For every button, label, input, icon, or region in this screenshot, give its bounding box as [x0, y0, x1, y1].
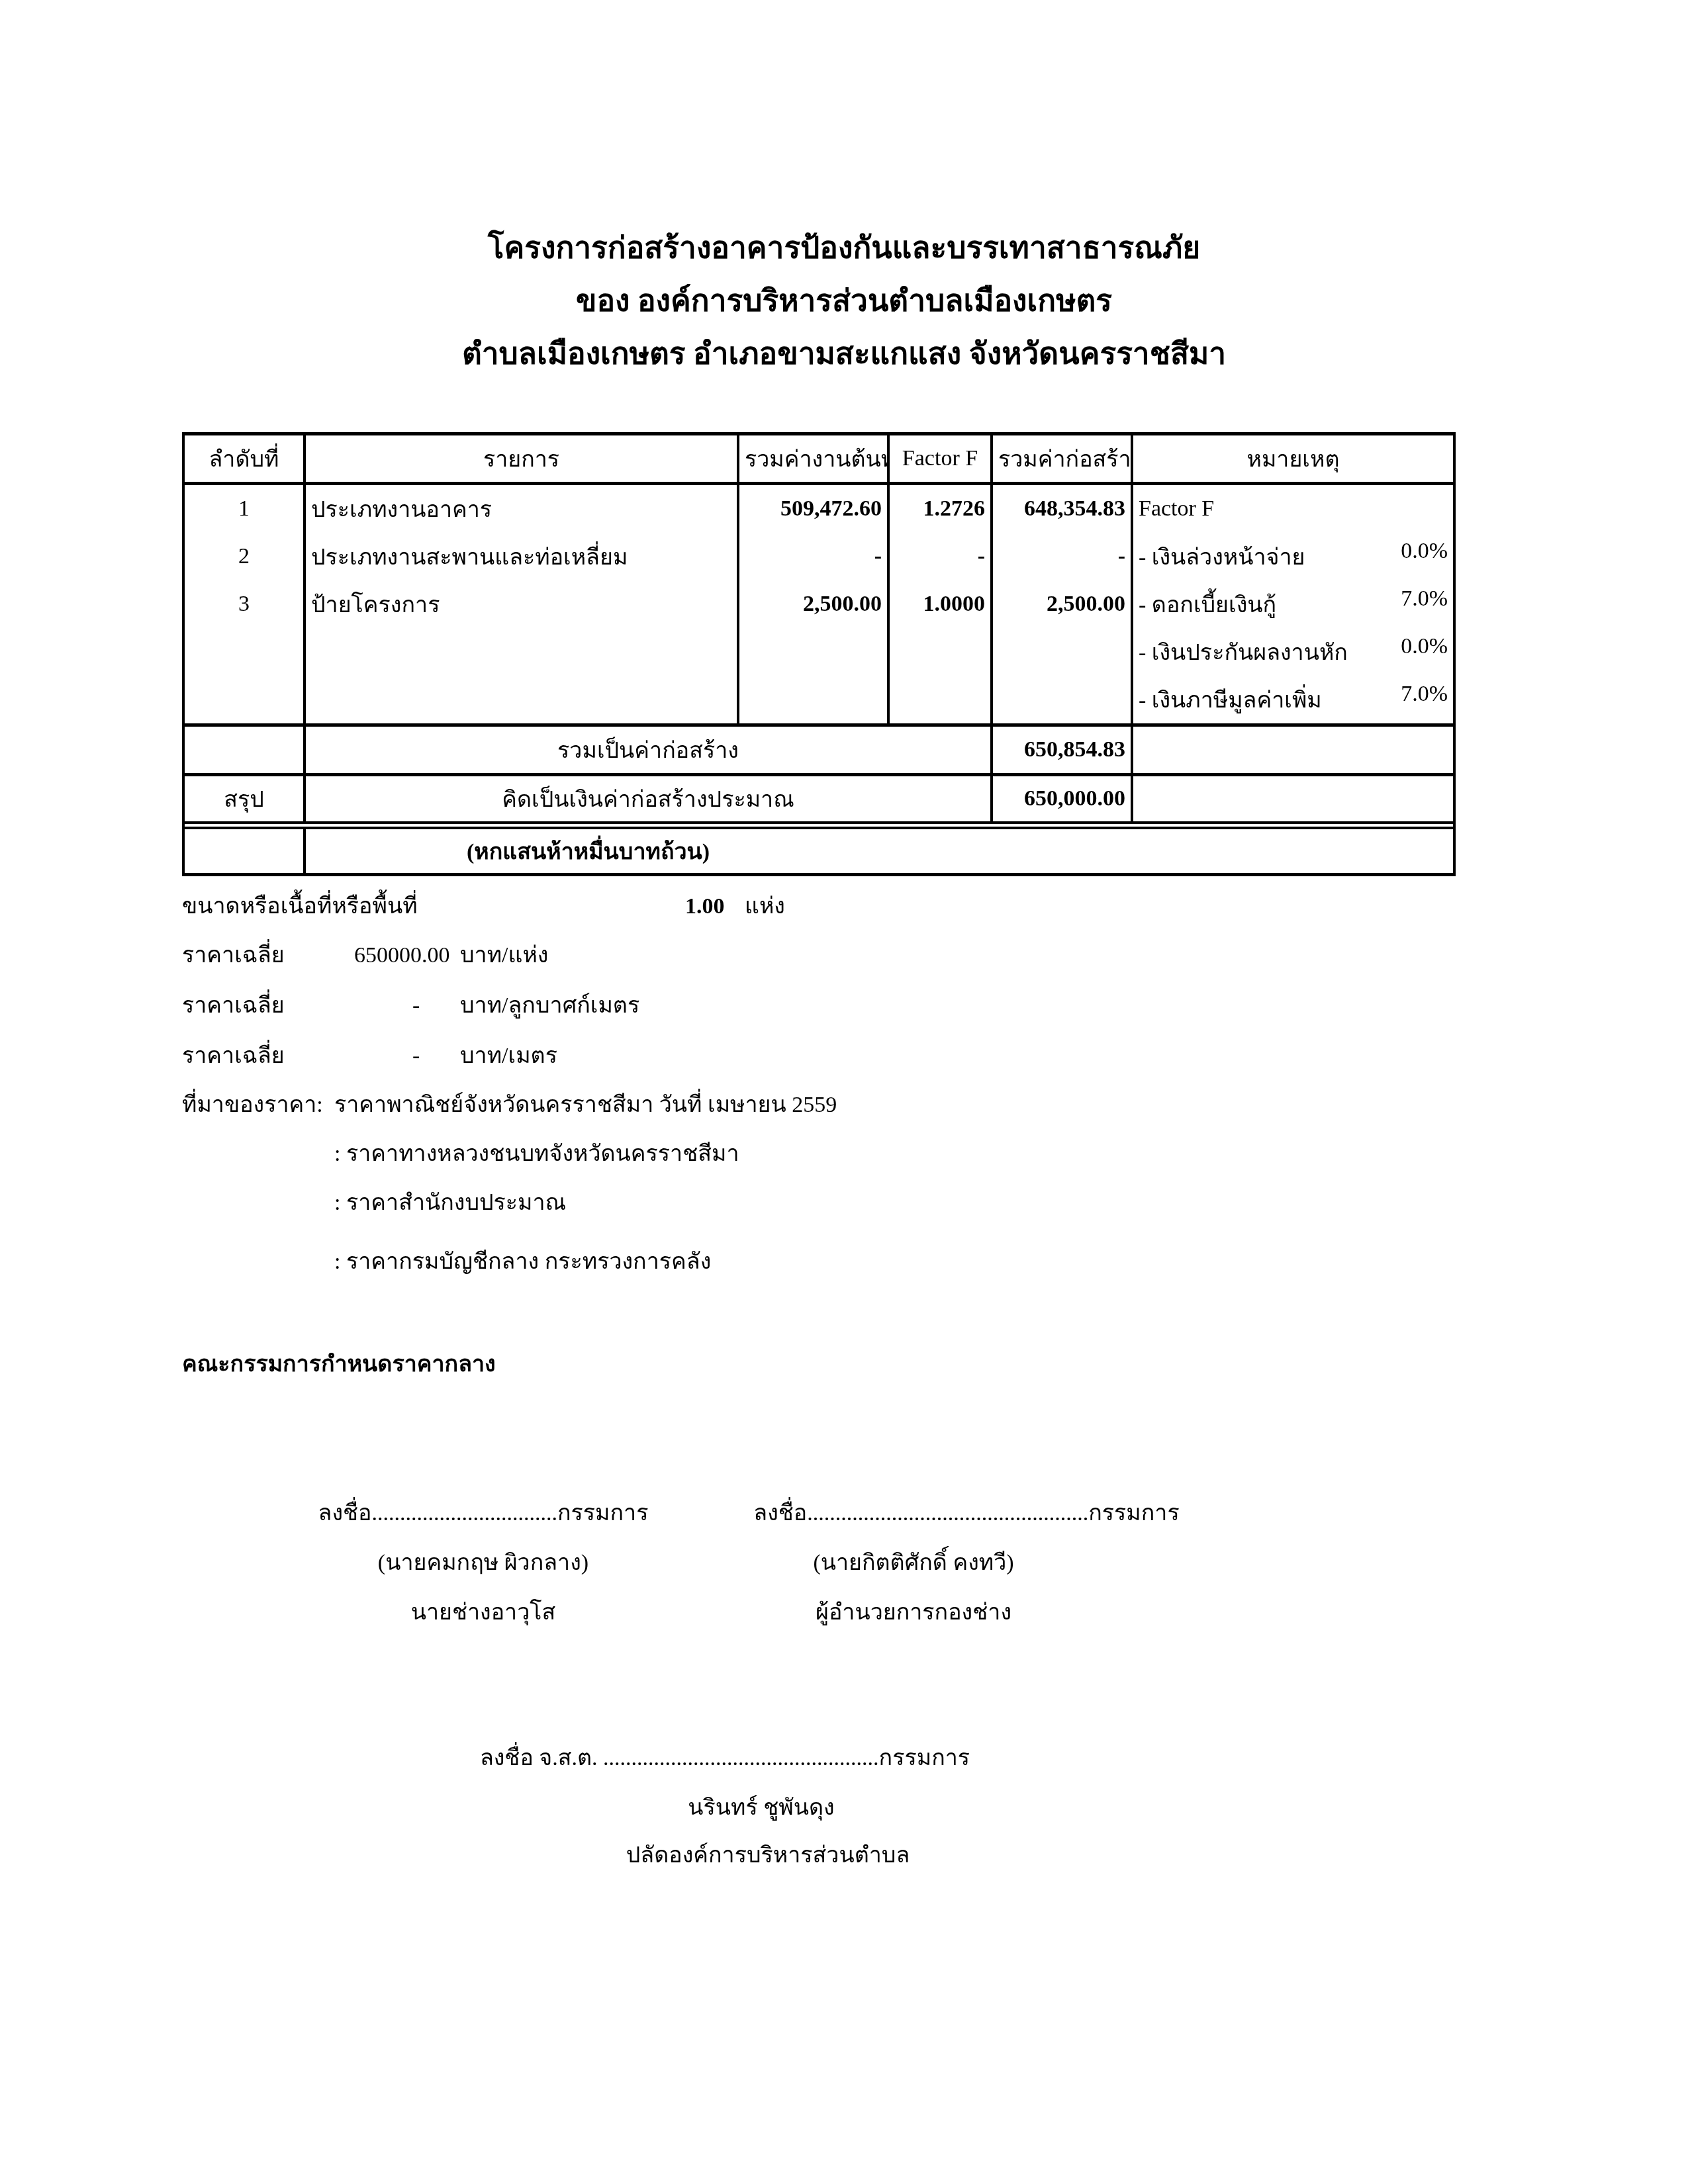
- signer-name: (นายกิตติศักดิ์ คงทวี): [735, 1549, 1092, 1578]
- table-row: - เงินภาษีมูลค่าเพิ่ม7.0%: [183, 676, 1454, 725]
- signature-line: ลงชื่อ จ.ส.ต. ..........................…: [450, 1744, 1000, 1773]
- avg-price-label: ราคาเฉลี่ย: [182, 991, 285, 1021]
- signer-position: นายช่างอาวุโส: [305, 1598, 662, 1627]
- row-total: [992, 628, 1132, 676]
- remark-value: 0.0%: [1401, 539, 1448, 574]
- row-total: [992, 676, 1132, 725]
- row-item: ประเภทงานอาคาร: [305, 484, 738, 533]
- row-factor: [888, 676, 992, 725]
- summary-desc: คิดเป็นเงินค่าก่อสร้างประมาณ: [305, 775, 992, 823]
- summary-label: สรุป: [183, 775, 305, 823]
- signature-line: ลงชื่อ.................................ก…: [305, 1499, 662, 1528]
- col-header-cost: รวมค่างานต้นทุน: [738, 434, 888, 484]
- remark-label: - เงินล่วงหน้าจ่าย: [1139, 539, 1305, 574]
- price-source: : ราคาทางหลวงชนบทจังหวัดนครราชสีมา: [334, 1140, 739, 1169]
- size-value: 1.00: [685, 892, 725, 921]
- col-header-total: รวมค่าก่อสร้าง: [992, 434, 1132, 484]
- remark-label: - เงินภาษีมูลค่าเพิ่ม: [1139, 682, 1322, 717]
- size-unit: แห่ง: [745, 892, 785, 921]
- remark-label: - เงินประกันผลงานหัก: [1139, 634, 1348, 670]
- row-factor: [888, 628, 992, 676]
- avg-price-unit: บาท/ลูกบาศก์เมตร: [460, 991, 639, 1021]
- row-total: -: [992, 533, 1132, 580]
- subtotal-value: 650,854.83: [992, 725, 1132, 775]
- document-title: โครงการก่อสร้างอาคารป้องกันและบรรเทาสาธา…: [0, 228, 1688, 268]
- signer-position: ผู้อำนวยการกองช่าง: [735, 1598, 1092, 1627]
- row-remark: - เงินล่วงหน้าจ่าย0.0%: [1132, 533, 1454, 580]
- row-cost: 509,472.60: [738, 484, 888, 533]
- row-total: 2,500.00: [992, 580, 1132, 628]
- avg-price-unit: บาท/แห่ง: [460, 941, 548, 970]
- signer-position: ปลัดองค์การบริหารส่วนตำบล: [549, 1841, 986, 1870]
- amount-in-words-row: (หกแสนห้าหมื่นบาทถ้วน): [183, 828, 1454, 875]
- avg-price-value: -: [412, 1042, 420, 1071]
- avg-price-label: ราคาเฉลี่ย: [182, 941, 285, 970]
- avg-price-unit: บาท/เมตร: [460, 1042, 557, 1071]
- row-factor: -: [888, 533, 992, 580]
- remark-label: Factor F: [1139, 496, 1214, 522]
- row-cost: 2,500.00: [738, 580, 888, 628]
- col-header-factor: Factor F: [888, 434, 992, 484]
- row-item: ป้ายโครงการ: [305, 580, 738, 628]
- row-no: [183, 628, 305, 676]
- table-row: 3 ป้ายโครงการ 2,500.00 1.0000 2,500.00 -…: [183, 580, 1454, 628]
- row-no: 3: [183, 580, 305, 628]
- row-remark: - เงินภาษีมูลค่าเพิ่ม7.0%: [1132, 676, 1454, 725]
- row-item: [305, 628, 738, 676]
- amount-in-words: (หกแสนห้าหมื่นบาทถ้วน): [311, 840, 710, 864]
- avg-price-value: -: [412, 991, 420, 1021]
- row-remark: - ดอกเบี้ยเงินกู้7.0%: [1132, 580, 1454, 628]
- row-item: [305, 676, 738, 725]
- row-cost: -: [738, 533, 888, 580]
- remark-value: 7.0%: [1401, 682, 1448, 717]
- subtotal-label: รวมเป็นค่าก่อสร้าง: [305, 725, 992, 775]
- row-factor: 1.2726: [888, 484, 992, 533]
- table-row: 2 ประเภทงานสะพานและท่อเหลี่ยม - - - - เง…: [183, 533, 1454, 580]
- signature-line: ลงชื่อ..................................…: [735, 1499, 1198, 1528]
- summary-row: สรุป คิดเป็นเงินค่าก่อสร้างประมาณ 650,00…: [183, 775, 1454, 823]
- remark-label: - ดอกเบี้ยเงินกู้: [1139, 586, 1276, 622]
- row-cost: [738, 628, 888, 676]
- avg-price-label: ราคาเฉลี่ย: [182, 1042, 285, 1071]
- col-header-remark: หมายเหตุ: [1132, 434, 1454, 484]
- remark-value: 7.0%: [1401, 586, 1448, 622]
- committee-heading: คณะกรรมการกำหนดราคากลาง: [182, 1350, 496, 1379]
- table-row: 1 ประเภทงานอาคาร 509,472.60 1.2726 648,3…: [183, 484, 1454, 533]
- avg-price-value: 650000.00: [354, 941, 450, 970]
- row-item: ประเภทงานสะพานและท่อเหลี่ยม: [305, 533, 738, 580]
- price-source-label: ที่มาของราคา:: [182, 1091, 323, 1120]
- subtotal-row: รวมเป็นค่าก่อสร้าง 650,854.83: [183, 725, 1454, 775]
- organization-name: ของ องค์การบริหารส่วนตำบลเมืองเกษตร: [0, 281, 1688, 321]
- row-total: 648,354.83: [992, 484, 1132, 533]
- row-no: [183, 676, 305, 725]
- signer-name: (นายคมกฤษ ผิวกลาง): [305, 1549, 662, 1578]
- price-source: : ราคาสำนักงบประมาณ: [334, 1189, 566, 1218]
- row-no: 1: [183, 484, 305, 533]
- table-row: - เงินประกันผลงานหัก0.0%: [183, 628, 1454, 676]
- price-source: ราคาพาณิชย์จังหวัดนครราชสีมา วันที่ เมษา…: [334, 1091, 837, 1120]
- row-remark: - เงินประกันผลงานหัก0.0%: [1132, 628, 1454, 676]
- row-factor: 1.0000: [888, 580, 992, 628]
- col-header-no: ลำดับที่: [183, 434, 305, 484]
- summary-value: 650,000.00: [992, 775, 1132, 823]
- size-label: ขนาดหรือเนื้อที่หรือพื้นที่: [182, 892, 418, 921]
- row-cost: [738, 676, 888, 725]
- price-source: : ราคากรมบัญชีกลาง กระทรวงการคลัง: [334, 1248, 711, 1277]
- col-header-item: รายการ: [305, 434, 738, 484]
- location-line: ตำบลเมืองเกษตร อำเภอขามสะแกแสง จังหวัดนค…: [0, 334, 1688, 374]
- row-remark: Factor F: [1132, 484, 1454, 533]
- cost-summary-table: ลำดับที่ รายการ รวมค่างานต้นทุน Factor F…: [182, 432, 1456, 876]
- signer-name: นรินทร์ ชูพันดุง: [583, 1794, 940, 1823]
- row-no: 2: [183, 533, 305, 580]
- remark-value: 0.0%: [1401, 634, 1448, 670]
- table-header-row: ลำดับที่ รายการ รวมค่างานต้นทุน Factor F…: [183, 434, 1454, 484]
